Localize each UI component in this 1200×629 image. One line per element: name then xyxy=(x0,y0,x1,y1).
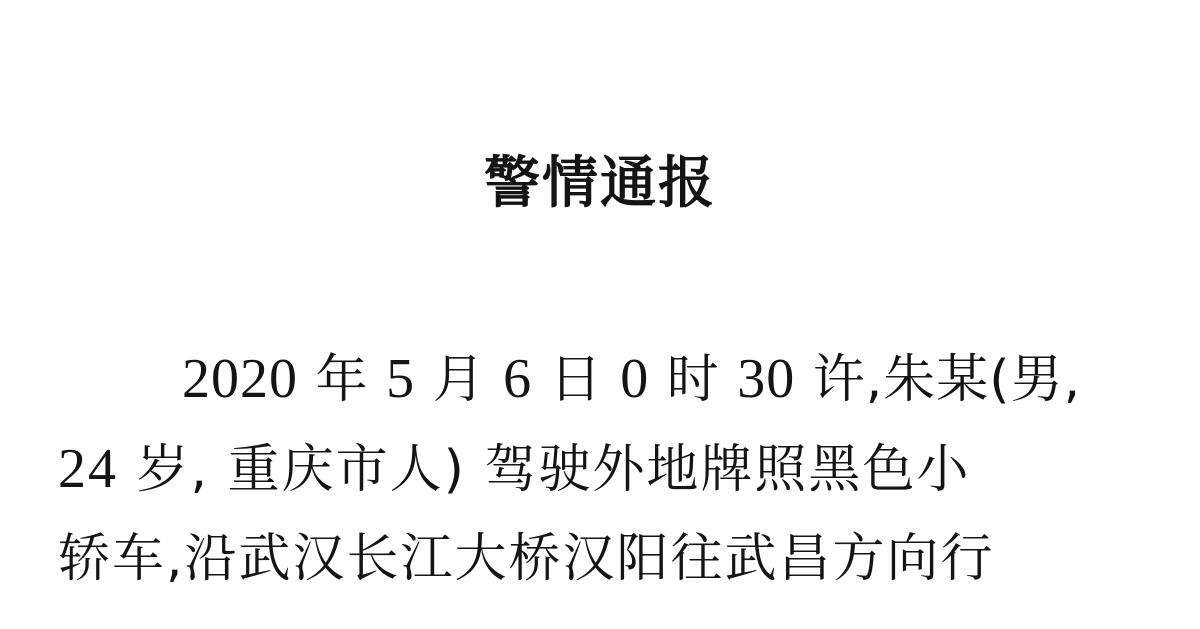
text-segment: 时 xyxy=(649,350,737,410)
text-segment: 0 xyxy=(620,348,649,410)
document-title: 警情通报 xyxy=(0,148,1200,220)
body-line-3: 轿车,沿武汉长江大桥汉阳往武昌方向行 xyxy=(58,526,995,593)
text-segment: 5 xyxy=(386,348,415,410)
document-page: 警情通报 2020 年 5 月 6 日 0 时 30 许,朱某(男, 24 岁,… xyxy=(0,0,1200,629)
text-segment: 24 xyxy=(58,438,118,500)
body-line-1: 2020 年 5 月 6 日 0 时 30 许,朱某(男, xyxy=(182,346,1081,414)
text-segment: 轿车,沿武汉长江大桥汉阳往武昌方向行 xyxy=(58,529,995,589)
text-segment: 月 xyxy=(415,350,503,410)
text-segment: 许,朱某(男, xyxy=(795,350,1081,410)
body-line-2: 24 岁, 重庆市人) 驾驶外地牌照黑色小 xyxy=(58,436,970,504)
text-segment: 30 xyxy=(737,348,795,410)
text-segment: 岁, 重庆市人) 驾驶外地牌照黑色小 xyxy=(118,440,970,500)
text-segment: 年 xyxy=(298,350,386,410)
text-segment: 2020 xyxy=(182,348,298,410)
text-segment: 日 xyxy=(532,350,620,410)
text-segment: 6 xyxy=(503,348,532,410)
